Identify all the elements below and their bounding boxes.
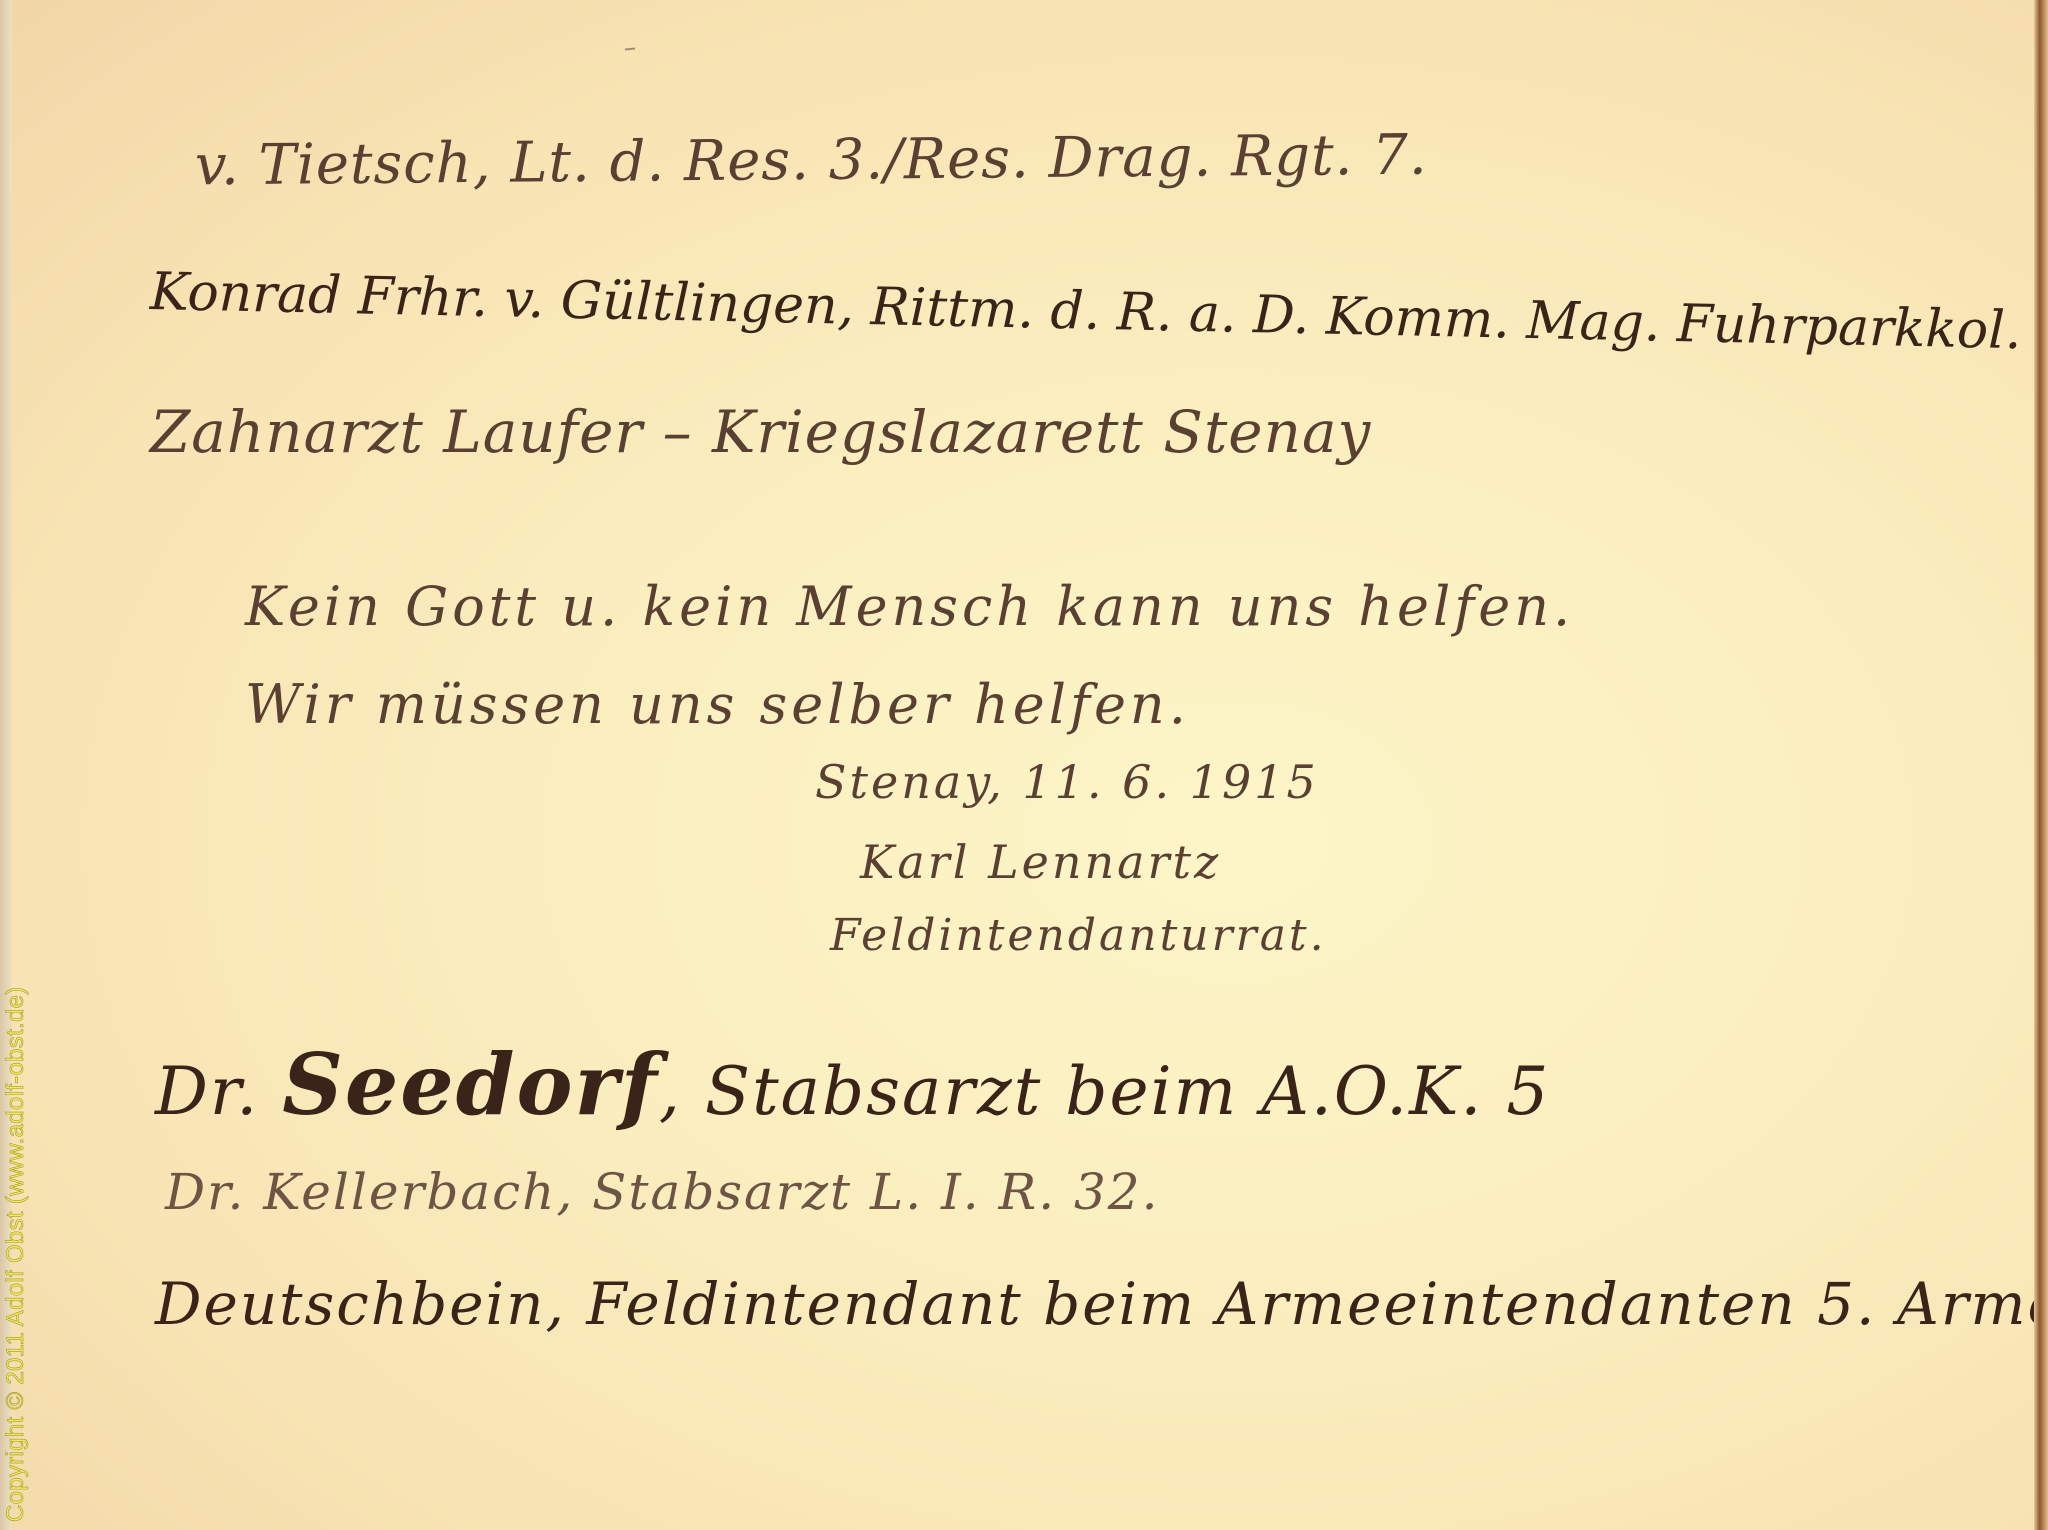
entry-seedorf-prefix: Dr. (155, 1053, 259, 1130)
entry-kellerbach: Dr. Kellerbach, Stabsarzt L. I. R. 32. (165, 1163, 1160, 1221)
entry-gueltlingen: Konrad Frhr. v. Gültlingen, Rittm. d. R.… (149, 262, 2048, 371)
pencil-mark (625, 47, 635, 50)
copyright-text: Copyright © 2011 Adolf Obst (www.adolf-o… (2, 986, 30, 1522)
entry-deutschbein: Deutschbein, Feldintendant beim Armeeint… (155, 1270, 2048, 1338)
entry-tietsch: v. Tietsch, Lt. d. Res. 3./Res. Drag. Rg… (195, 123, 1428, 199)
quote-signer-title: Feldintendanturrat. (830, 910, 1327, 961)
entry-seedorf-name: Seedorf (282, 1035, 659, 1134)
guestbook-page: v. Tietsch, Lt. d. Res. 3./Res. Drag. Rg… (0, 0, 2048, 1530)
quote-signer-name: Karl Lennartz (860, 835, 1221, 889)
quote-line-2: Wir müssen uns selber helfen. (245, 673, 1190, 736)
entry-laufer: Zahnarzt Laufer – Kriegslazarett Stenay (150, 398, 1371, 466)
copyright-watermark: Copyright © 2011 Adolf Obst (www.adolf-o… (4, 902, 34, 1522)
quote-line-1: Kein Gott u. kein Mensch kann uns helfen… (245, 575, 1574, 638)
entry-seedorf-rest: , Stabsarzt beim A.O.K. 5 (659, 1053, 1550, 1130)
quote-place-date: Stenay, 11. 6. 1915 (815, 755, 1319, 809)
entry-seedorf: Dr. Seedorf, Stabsarzt beim A.O.K. 5 (155, 1035, 1550, 1134)
